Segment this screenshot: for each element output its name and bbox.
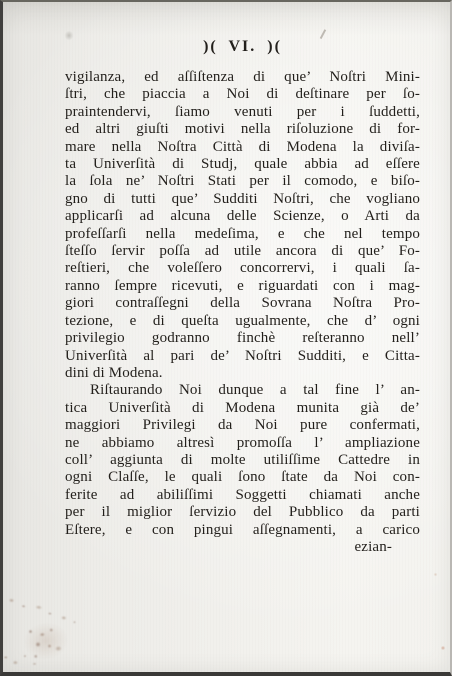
text-line: reſtieri, che voleſſero concorrervi, i q… bbox=[65, 260, 420, 277]
paper-speck bbox=[63, 29, 75, 42]
page-number-header: )( VI. )( bbox=[65, 38, 420, 55]
text-line: ferite ad abiliſſimi Soggetti chiamati a… bbox=[65, 487, 420, 504]
text-line: tezione, e di queſta ugualmente, che d’ … bbox=[65, 313, 420, 330]
text-block: vigilanza, ed aſſiſtenza di que’ Noſtri … bbox=[65, 69, 420, 556]
page-content: )( VI. )( vigilanza, ed aſſiſtenza di qu… bbox=[3, 2, 450, 556]
text-line: ſteſſo ſervir poſſa ad utile ancora di q… bbox=[65, 243, 420, 260]
scanned-page: )( VI. )( vigilanza, ed aſſiſtenza di qu… bbox=[0, 0, 452, 676]
text-line: ranno ſempre ricevuti, e riguardati con … bbox=[65, 278, 420, 295]
text-line: tica Univerſità di Modena munita già de’ bbox=[65, 400, 420, 417]
text-line: applicarſi ad alcuna delle Scienze, o Ar… bbox=[65, 208, 420, 225]
text-line: Univerſità al pari de’ Noſtri Sudditi, e… bbox=[65, 348, 420, 365]
text-line: maggiori Privilegi da Noi pure confermat… bbox=[65, 417, 420, 434]
catchword: ezian- bbox=[65, 539, 420, 556]
text-line: ſtri, che piaccia a Noi di deſtinare per… bbox=[65, 86, 420, 103]
text-line: praintendervi, ſiamo venuti per i ſuddet… bbox=[65, 104, 420, 121]
paper-speck bbox=[440, 645, 446, 651]
text-line: coll’ aggiunta di molte utiliſſime Catte… bbox=[65, 452, 420, 469]
ink-stain bbox=[0, 647, 48, 673]
text-line: ta Univerſità di Studj, quale abbia ad e… bbox=[65, 156, 420, 173]
text-line: ogni Claſſe, le quali ſono ſtate da Noi … bbox=[65, 469, 420, 486]
text-line: dini di Modena. bbox=[65, 365, 420, 382]
text-line: gno di tutti que’ Sudditi Noſtri, che vo… bbox=[65, 191, 420, 208]
text-line: Riſtaurando Noi dunque a tal fine l’ an- bbox=[65, 382, 420, 399]
text-line: giori contraſſegni della Sovrana Noſtra … bbox=[65, 295, 420, 312]
text-line: per il miglior ſervizio del Pubblico da … bbox=[65, 504, 420, 521]
text-line: Eſtere, e con pingui aſſegnamenti, a car… bbox=[65, 522, 420, 539]
text-line: privilegio godranno finchè reſteranno ne… bbox=[65, 330, 420, 347]
text-line: ed altri giuſti motivi nella riſoluzione… bbox=[65, 121, 420, 138]
text-line: la ſola ne’ Noſtri Stati per il comodo, … bbox=[65, 173, 420, 190]
text-line: vigilanza, ed aſſiſtenza di que’ Noſtri … bbox=[65, 69, 420, 86]
text-line: mare nella Noſtra Città di Modena la div… bbox=[65, 139, 420, 156]
text-line: profeſſarſi nella medeſima, e che nel te… bbox=[65, 226, 420, 243]
text-line: ne abbiamo altresì promoſſa l’ ampliazio… bbox=[65, 435, 420, 452]
paper-speck bbox=[433, 572, 438, 577]
